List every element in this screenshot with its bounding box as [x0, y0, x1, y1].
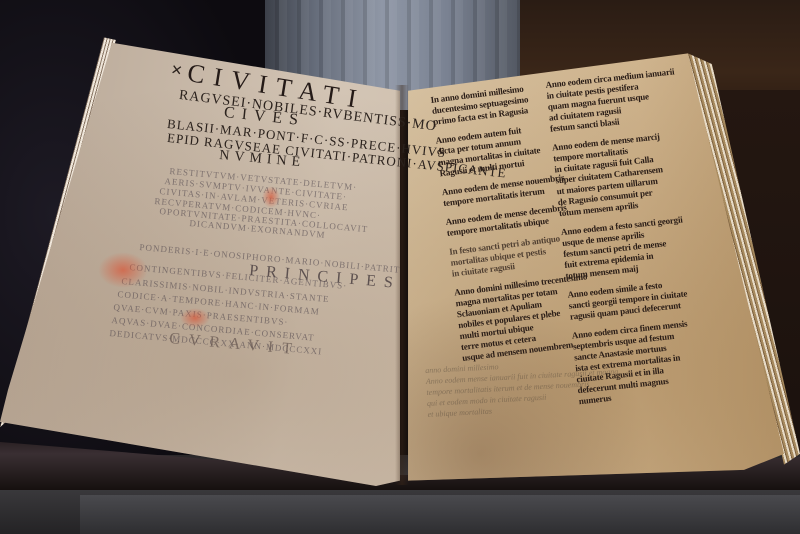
text-paragraph: Anno eodem autem fuit dicta per totum an…: [435, 122, 550, 179]
text-paragraph: Anno eodem de mense decembris tempore mo…: [445, 204, 557, 239]
red-ink-mark: [180, 308, 210, 328]
right-page-faint-notes: anno domini millesimo Anno eodem mense i…: [425, 355, 620, 420]
red-ink-mark: [98, 252, 148, 288]
text-paragraph: Anno eodem a festo sancti georgii usque …: [560, 215, 685, 282]
heading-prefix: ✕: [169, 62, 184, 81]
red-ink-mark: [262, 186, 280, 208]
photo-scene: ✕ CIVITATI RAGVSEI·NOBILES·RVBENTISS·MO …: [0, 0, 800, 534]
text-paragraph: Anno domini millesimo trecentesimo magna…: [454, 274, 573, 364]
display-stand-base: [80, 495, 800, 534]
text-paragraph: Anno eodem simile a festo sancti georgii…: [567, 277, 690, 322]
text-paragraph: Anno eodem de mense marcij tempore morta…: [552, 130, 679, 219]
text-paragraph: Anno eodem circa medium ianuarii in ciui…: [545, 67, 670, 134]
text-paragraph: In festo sancti petri ab antiquo mortali…: [449, 233, 562, 279]
text-paragraph: Anno eodem de mense nouembris tempore mo…: [441, 174, 553, 209]
